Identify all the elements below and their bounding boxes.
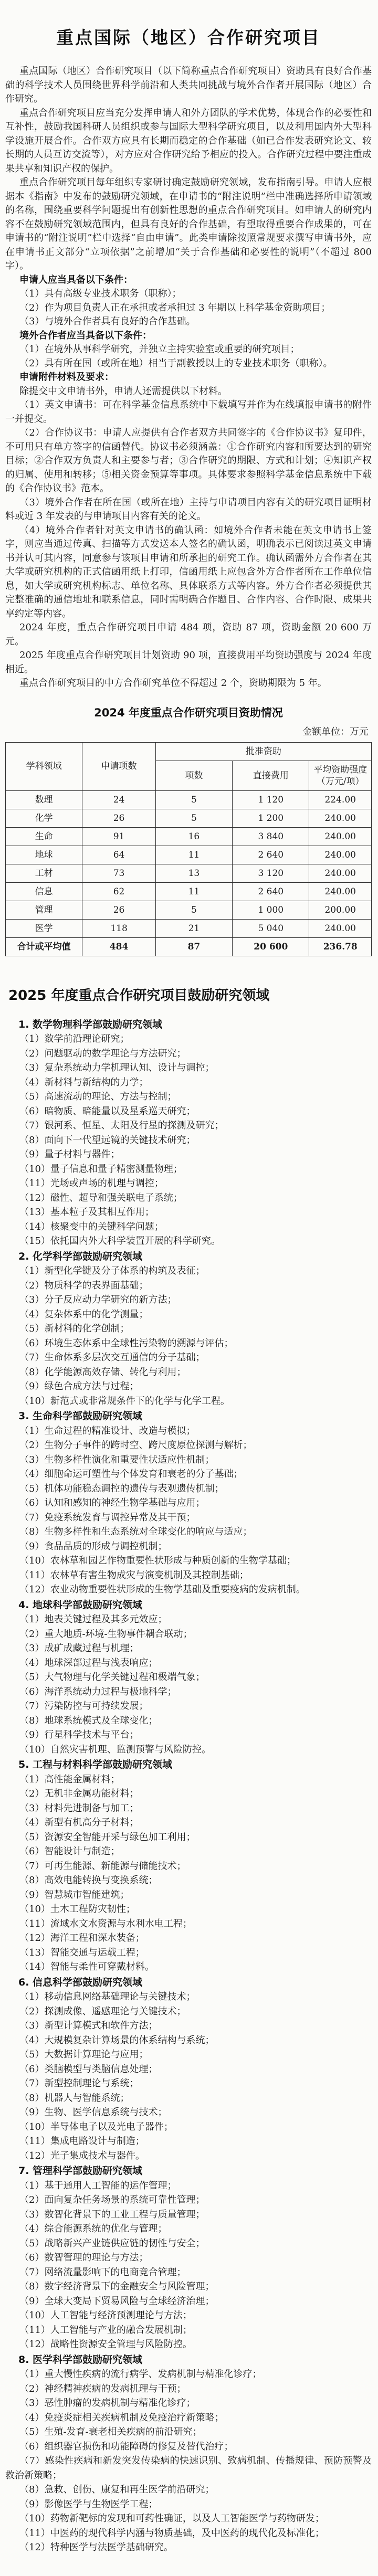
funding-table-title: 2024 年度重点合作研究项目资助情况	[5, 704, 372, 720]
research-field-item: （14）智能与柔性可穿戴材料。	[5, 1960, 372, 1975]
research-field-item: （8）急救、创伤、康复和再生医学前沿研究；	[5, 2483, 372, 2497]
research-field-item: （10）新范式或非常规条件下的化学与化学工程。	[5, 1394, 372, 1409]
research-field-item: （13）基本粒子及其相互作用；	[5, 1205, 372, 1220]
attachment-item: （1）英文申请书：可在科学基金信息系统中下载填写并作为在线填报申请书的附件一并提…	[5, 398, 372, 426]
table-cell: 240.00	[309, 846, 372, 864]
research-field-item: （12）特种医学与法医学基础研究。	[5, 2540, 372, 2555]
document-title: 重点国际（地区）合作研究项目	[5, 24, 372, 49]
research-field-item: （3）数智化背景下的工业工程与质量管理；	[5, 2208, 372, 2222]
document-page: 重点国际（地区）合作研究项目 重点国际（地区）合作研究项目（以下简称重点合作研究…	[0, 0, 378, 2576]
table-cell: 2 640	[233, 882, 309, 901]
table-cell: 62	[82, 882, 155, 901]
research-field-item: （7）网络流量影响下的电商竞合管理；	[5, 2265, 372, 2280]
research-field-item: （1）生命过程的精准设计、改造与模拟；	[5, 1424, 372, 1439]
table-cell: 240.00	[309, 809, 372, 827]
table-row: 数理2451 120224.00	[6, 790, 372, 809]
department-section-heading: 4. 地球科学部鼓励研究领域	[5, 1598, 372, 1613]
funding-table-body: 数理2451 120224.00化学2651 200240.00生命91163 …	[6, 790, 372, 956]
funding-stats-section: 2024 年度，重点合作研究项目申请 484 项，资助 87 项，资助金额 20…	[5, 621, 372, 691]
research-field-item: （7）污染防控与可持续发展；	[5, 1699, 372, 1714]
table-cell: 5	[155, 901, 232, 919]
research-field-item: （14）核聚变中的关键科学问题；	[5, 1220, 372, 1234]
column-header-subject: 学科领域	[6, 742, 82, 790]
research-field-item: （10）半导体电子以及光电子器件；	[5, 2120, 372, 2135]
research-field-item: （15）依托国内外大科学装置开展的科学研究。	[5, 1234, 372, 1249]
research-field-item: （3）复杂系统动力学机理认知、设计与调控；	[5, 1061, 372, 1075]
research-field-item: （11）光场或声场的机理与调控；	[5, 1176, 372, 1191]
research-field-item: （10）量子信息和量子精密测量物理；	[5, 1162, 372, 1177]
table-row: 生命91163 840240.00	[6, 827, 372, 846]
department-section-heading: 8. 医学科学部鼓励研究领域	[5, 2353, 372, 2368]
research-field-item: （2）无机非金属功能材料；	[5, 1787, 372, 1801]
research-field-item: （6）智能设计与制造；	[5, 1844, 372, 1859]
research-field-item: （1）新型化学键及分子体系的构筑及表征；	[5, 1264, 372, 1279]
table-cell: 医学	[6, 919, 82, 937]
research-field-item: （6）组织器官损伤和功能障碍的修复及替代治疗；	[5, 2440, 372, 2454]
research-field-item: （6）环境生态体系中全球性污染物的溯源与评估；	[5, 1336, 372, 1351]
applicant-conditions-section: （1）具有高级专业技术职务（职称）；（2）作为项目负责人正在承担或者承担过 3 …	[5, 287, 372, 329]
research-field-item: （12）农业动物重要性状形成的生物学基础及重要疫病的发病机制。	[5, 1582, 372, 1597]
research-field-item: （3）分子反应动力学研究的新方法；	[5, 1293, 372, 1307]
table-cell: 26	[82, 809, 155, 827]
research-field-item: （5）大气物理与化学关键过程和极端气象；	[5, 1670, 372, 1685]
table-cell: 数理	[6, 790, 82, 809]
research-field-item: （7）新型控制理论与系统；	[5, 2076, 372, 2091]
research-field-item: （4）新材料与新结构的力学；	[5, 1075, 372, 1090]
research-field-item: （5）生殖-发育-衰老相关疾病的前沿研究；	[5, 2425, 372, 2440]
table-cell: 200.00	[309, 901, 372, 919]
column-header-avg-intensity: 平均资助强度（万元/项）	[309, 761, 372, 790]
research-field-item: （1）移动信息网络基础理论与关键技术；	[5, 1990, 372, 2004]
research-field-item: （4）地球深部过程与浅表响应；	[5, 1656, 372, 1671]
table-row: 医学118215 040240.00	[6, 919, 372, 937]
overseas-conditions-section: （1）在境外从事科学研究，并独立主持实验室或重要的研究项目；（2）具有所在国（或…	[5, 343, 372, 371]
research-field-item: （10）自然灾害机理、监测预警与风险防控。	[5, 1743, 372, 1757]
research-field-item: （7）免疫系统发育与调控异常及其干预；	[5, 1511, 372, 1525]
research-field-item: （3）成矿成藏过程与机理；	[5, 1641, 372, 1656]
table-cell: 64	[82, 846, 155, 864]
department-section-heading: 2. 化学科学部鼓励研究领域	[5, 1250, 372, 1264]
column-header-approved-count: 项数	[155, 761, 232, 790]
table-row: 管理2651 000200.00	[6, 901, 372, 919]
research-field-item: （11）集成电路设计与制造；	[5, 2134, 372, 2149]
table-cell: 2 640	[233, 846, 309, 864]
intro-paragraph: 重点合作研究项目应当充分发挥申请人和外方团队的学术优势，体现合作的必要性和互补性…	[5, 107, 372, 176]
table-row: 信息62112 640240.00	[6, 882, 372, 901]
research-field-item: （4）新型有机高分子材料；	[5, 1815, 372, 1830]
research-field-item: （11）中医药的现代科学内涵与物质基础，及中医药的现代化及标准化；	[5, 2526, 372, 2541]
attachment-intro: 除提交中文申请书外，申请人还需提供以下材料。	[5, 385, 372, 399]
table-cell: 236.78	[309, 937, 372, 956]
table-cell: 24	[82, 790, 155, 809]
research-field-item: （12）海洋工程和深水装备；	[5, 1931, 372, 1946]
attachment-item: （3）境外合作者在所在国（或所在地）主持与申请项目内容有关的研究项目证明材料或近…	[5, 496, 372, 524]
attachment-items-section: （1）英文申请书：可在科学基金信息系统中下载填写并作为在线填报申请书的附件一并提…	[5, 398, 372, 621]
research-field-item: （8）面向下一代望远镜的关键技术研究；	[5, 1133, 372, 1148]
column-header-approved-group: 批准资助	[155, 742, 371, 761]
attachment-item: （4）境外合作者针对英文申请书的确认函：如境外合作者未能在英文申请书上签字，则应…	[5, 524, 372, 621]
research-field-item: （3）生物多样性演化和重要性状适应性机制；	[5, 1453, 372, 1468]
research-field-item: （11）流域水文水资源与水利水电工程；	[5, 1917, 372, 1931]
research-field-item: （12）磁性、超导和强关联电子系统；	[5, 1191, 372, 1206]
research-field-item: （11）农林草有害生物成灾与演变机制及其控制基础；	[5, 1568, 372, 1583]
research-field-item: （12）光子集成技术与器件。	[5, 2149, 372, 2163]
research-field-item: （2）问题驱动的数学理论与方法研究；	[5, 1047, 372, 1061]
column-header-direct-cost: 直接费用	[233, 761, 309, 790]
research-field-item: （4）复杂体系中的化学测量；	[5, 1307, 372, 1322]
research-field-item: （10）药物新靶标的发现和可药性确证，以及人工智能医学与药物研发；	[5, 2511, 372, 2526]
research-field-item: （9）行星科学技术与平台；	[5, 1728, 372, 1743]
research-field-item: （10）土木工程防灾韧性；	[5, 1902, 372, 1917]
research-field-item: （3）恶性肿瘤的发病机制与精准化诊疗；	[5, 2396, 372, 2411]
overseas-condition-item: （2）具有所在国（或所在地）相当于副教授以上的专业技术职务（职称）。	[5, 357, 372, 371]
research-field-item: （6）海洋系统动力过程与极地科学；	[5, 1685, 372, 1699]
research-field-item: （7）可再生能源、新能源与储能技术；	[5, 1859, 372, 1874]
table-cell: 240.00	[309, 864, 372, 882]
intro-section: 重点国际（地区）合作研究项目（以下简称重点合作研究项目）资助具有良好合作基础的科…	[5, 65, 372, 273]
table-cell: 484	[82, 937, 155, 956]
applicant-condition-item: （3）与境外合作者具有良好的合作基础。	[5, 315, 372, 329]
research-field-item: （1）重大慢性疾病的流行病学、发病机制与精准化诊疗；	[5, 2367, 372, 2382]
research-field-item: （5）大数据计算理论与应用；	[5, 2047, 372, 2062]
research-field-item: （2）生物分子事件的跨时空、跨尺度原位探测与解析；	[5, 1438, 372, 1453]
funding-table: 学科领域 申请项数 批准资助 项数 直接费用 平均资助强度（万元/项） 数理24…	[5, 742, 372, 956]
table-cell: 11	[155, 846, 232, 864]
research-field-item: （2）神经精神疾病的发病机理与干预；	[5, 2382, 372, 2396]
overseas-condition-item: （1）在境外从事科学研究，并独立主持实验室或重要的研究项目；	[5, 343, 372, 357]
research-field-item: （5）高速流动的理论、方法与控制；	[5, 1090, 372, 1104]
research-field-item: （10）人工智能与经济预测理论与方法；	[5, 2308, 372, 2323]
research-field-item: （6）认知和感知的神经生物学基础与应用；	[5, 1496, 372, 1511]
funding-stats-paragraph: 2025 年度重点合作研究项目计划资助 90 项，直接费用平均资助强度与 202…	[5, 649, 372, 677]
table-cell: 5 040	[233, 919, 309, 937]
table-row: 化学2651 200240.00	[6, 809, 372, 827]
table-cell: 91	[82, 827, 155, 846]
department-section-heading: 5. 工程与材料科学部鼓励研究领域	[5, 1758, 372, 1772]
table-cell: 87	[155, 937, 232, 956]
funding-table-unit-note: 金额单位：万元	[5, 724, 369, 738]
applicant-condition-item: （1）具有高级专业技术职务（职称）；	[5, 287, 372, 301]
research-field-item: （5）资源安全智能开采与绿色加工利用；	[5, 1830, 372, 1845]
research-field-item: （5）机体功能稳态调控的遗传与表观遗传机制；	[5, 1482, 372, 1496]
research-field-item: （8）数字经济背景下的金融安全与风险管理；	[5, 2279, 372, 2294]
research-field-item: （9）生物、医学信息系统与技术；	[5, 2105, 372, 2120]
research-field-item: （8）生物多样性和生态系统对全球变化的响应与适应；	[5, 1525, 372, 1539]
table-cell: 13	[155, 864, 232, 882]
fields-2025-heading: 2025 年度重点合作研究项目鼓励研究领域	[8, 985, 372, 1004]
department-section-heading: 3. 生命科学部鼓励研究领域	[5, 1409, 372, 1424]
research-field-item: （4）免疫炎症相关疾病机制及免疫治疗新策略；	[5, 2411, 372, 2425]
research-field-item: （2）面向复杂任务场景的系统可靠性管理；	[5, 2193, 372, 2208]
table-cell: 合计或平均值	[6, 937, 82, 956]
research-field-item: （8）高效电能转换与变换系统；	[5, 1873, 372, 1888]
research-field-item: （8）化学能源高效存储、转化与利用；	[5, 1365, 372, 1380]
table-cell: 16	[155, 827, 232, 846]
table-cell: 3 120	[233, 864, 309, 882]
research-field-item: （8）机器人与智能系统；	[5, 2091, 372, 2106]
research-field-item: （2）重大地质-环境-生物事件耦合联动；	[5, 1627, 372, 1642]
intro-paragraph: 重点国际（地区）合作研究项目（以下简称重点合作研究项目）资助具有良好合作基础的科…	[5, 65, 372, 107]
research-field-item: （1）基于通用人工智能的运作管理；	[5, 2179, 372, 2193]
table-cell: 5	[155, 790, 232, 809]
research-field-item: （5）战略新兴产业链供应链的韧性与安全；	[5, 2236, 372, 2251]
table-cell: 信息	[6, 882, 82, 901]
table-cell: 5	[155, 809, 232, 827]
funding-table-header: 学科领域 申请项数 批准资助 项数 直接费用 平均资助强度（万元/项）	[6, 742, 372, 790]
research-field-item: （10）农林草和园艺作物重要性状形成与种质创新的生物学基础；	[5, 1554, 372, 1568]
research-field-item: （7）银河系、恒星、太阳及行星的探测及研究；	[5, 1118, 372, 1133]
applicant-conditions-heading: 申请人应当具备以下条件：	[5, 273, 372, 288]
table-cell: 生命	[6, 827, 82, 846]
research-field-item: （2）物质科学的表界面基础；	[5, 1279, 372, 1293]
table-cell: 管理	[6, 901, 82, 919]
table-cell: 21	[155, 919, 232, 937]
table-row: 地球64112 640240.00	[6, 846, 372, 864]
research-field-item: （4）大规模复杂计算场景的体系结构与系统；	[5, 2033, 372, 2048]
research-field-item: （1）数学前沿理论研究；	[5, 1032, 372, 1047]
research-field-item: （9）全球大变局下贸易风险与全球经济治理；	[5, 2294, 372, 2309]
table-cell: 11	[155, 882, 232, 901]
table-cell: 240.00	[309, 882, 372, 901]
table-cell: 240.00	[309, 919, 372, 937]
table-row: 工材73133 120240.00	[6, 864, 372, 882]
table-cell: 20 600	[233, 937, 309, 956]
research-field-item: （9）智慧城市智能建筑；	[5, 1888, 372, 1903]
research-field-item: （3）新型计算模式和软件方法；	[5, 2019, 372, 2033]
research-field-item: （1）高性能金属材料；	[5, 1772, 372, 1787]
research-field-item: （4）细胞命运可塑性与个体发育和衰老的分子基础；	[5, 1467, 372, 1482]
research-field-item: （9）影像医学与生物医学工程；	[5, 2497, 372, 2512]
table-cell: 118	[82, 919, 155, 937]
research-field-item: （4）综合能源系统的优化与管理；	[5, 2222, 372, 2236]
table-cell: 地球	[6, 846, 82, 864]
table-cell: 73	[82, 864, 155, 882]
research-field-item: （7）生命体系多层次交互通信的分子基础；	[5, 1350, 372, 1365]
table-cell: 化学	[6, 809, 82, 827]
attachment-requirements-heading: 申请附件材料及要求：	[5, 371, 372, 385]
table-cell: 1 200	[233, 809, 309, 827]
research-field-item: （1）地表关键过程及其多元效应；	[5, 1612, 372, 1627]
attachment-item: （2）合作协议书：申请人应提供有合作者双方共同签字的《合作协议书》复印件，不可用…	[5, 426, 372, 496]
research-field-item: （7）感染性疾病和新发突发传染病的快速识别、致病机制、传播规律、预防预警及救治新…	[5, 2454, 372, 2483]
research-field-item: （11）人工智能与产业的融合发展机制；	[5, 2323, 372, 2338]
research-field-item: （13）智能交通与运载工程；	[5, 1946, 372, 1960]
department-section-heading: 1. 数学物理科学部鼓励研究领域	[5, 1018, 372, 1032]
table-cell: 26	[82, 901, 155, 919]
overseas-conditions-heading: 境外合作者应当具备以下条件：	[5, 329, 372, 343]
research-field-item: （8）地球系统模式及全球变化；	[5, 1714, 372, 1728]
research-field-item: （5）新材料的化学创制；	[5, 1322, 372, 1336]
table-cell: 224.00	[309, 790, 372, 809]
research-field-item: （6）暗物质、暗能量以及星系巡天研究；	[5, 1104, 372, 1119]
table-total-row: 合计或平均值4848720 600236.78	[6, 937, 372, 956]
research-field-item: （9）绿色合成方法与过程；	[5, 1379, 372, 1394]
funding-stats-paragraph: 2024 年度，重点合作研究项目申请 484 项，资助 87 项，资助金额 20…	[5, 621, 372, 649]
funding-stats-paragraph: 重点合作研究项目的中方合作研究单位不得超过 2 个，资助期限为 5 年。	[5, 677, 372, 691]
department-section-heading: 6. 信息科学部鼓励研究领域	[5, 1976, 372, 1990]
table-cell: 240.00	[309, 827, 372, 846]
intro-paragraph: 重点合作研究项目每年组织专家研讨确定鼓励研究领域，发布指南引导。申请人应根据本《…	[5, 176, 372, 273]
research-field-item: （6）类脑模型与类脑信息处理；	[5, 2062, 372, 2077]
table-cell: 1 000	[233, 901, 309, 919]
fields-2025-sections: 1. 数学物理科学部鼓励研究领域（1）数学前沿理论研究；（2）问题驱动的数学理论…	[5, 1018, 372, 2555]
department-section-heading: 7. 管理科学部鼓励研究领域	[5, 2164, 372, 2179]
column-header-applications: 申请项数	[82, 742, 155, 790]
table-cell: 1 120	[233, 790, 309, 809]
table-cell: 工材	[6, 864, 82, 882]
research-field-item: （12）战略性资源安全管理与风险防控。	[5, 2337, 372, 2352]
research-field-item: （3）材料先进制备与加工；	[5, 1801, 372, 1816]
applicant-condition-item: （2）作为项目负责人正在承担或者承担过 3 年期以上科学基金资助项目；	[5, 301, 372, 315]
table-cell: 3 840	[233, 827, 309, 846]
research-field-item: （6）数智管理的理论与方法；	[5, 2251, 372, 2265]
research-field-item: （9）量子材料与器件；	[5, 1147, 372, 1162]
research-field-item: （9）食品品质的形成与调控机制；	[5, 1539, 372, 1554]
research-field-item: （2）探测成像、遥感理论与关键技术；	[5, 2004, 372, 2019]
